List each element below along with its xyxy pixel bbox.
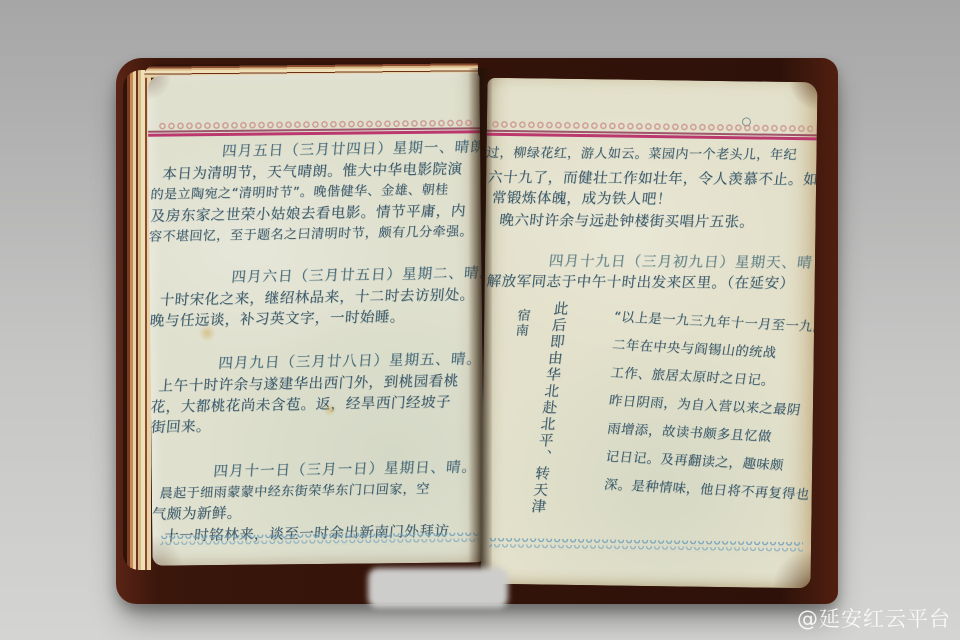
diary-text-line: 晚与任远谈，补习英文字，一时始睡。: [149, 305, 406, 330]
diary-text-line: 气颇为新鲜。: [151, 501, 243, 524]
watermark-text: @延安红云平台: [797, 603, 951, 633]
paper-stain: [198, 325, 216, 341]
background-gap: [368, 568, 508, 608]
diary-photo: 四月五日（三月廿四日）星期一、晴朗 本日为清明节，天气晴朗。惟大中华电影院演 的…: [0, 0, 960, 640]
diary-text-line: 晨起于细雨蒙蒙中经东街荣华东门口回家，空: [159, 478, 431, 502]
right-page: 过，柳绿花红，游人如云。菜园内一个老头儿，年纪 六十九了，而健壮工作如壮年，令人…: [480, 78, 817, 589]
footer-wave-rule: [160, 532, 478, 548]
header-rule: [487, 133, 817, 141]
diary-text-line: 常锻炼体魄，成为铁人吧！: [491, 186, 673, 208]
book-spine-gutter: [468, 68, 492, 582]
diary-text-line: 街回来。: [150, 415, 212, 437]
diary-text-line: 晚六时许余与远赴钟楼街买唱片五张。: [498, 209, 756, 232]
margin-note: 宿南: [507, 308, 533, 368]
diary-entry-heading: 四月十九日（三月初九日）星期天、晴: [548, 250, 814, 273]
page-edge-stack-left: [123, 70, 151, 570]
closing-note-line: 深。是种情味，他日将不再复得也！: [603, 474, 808, 503]
diary-text-line: 的是立陶宛之“清明时节”。晚偕健华、金雄、朝桂: [150, 179, 450, 203]
closing-note-line: 工作、旅居太原时之日记。: [609, 362, 814, 391]
open-notebook: 四月五日（三月廿四日）星期一、晴朗 本日为清明节，天气晴朗。惟大中华电影院演 的…: [116, 58, 838, 604]
diary-entry-heading: 四月十一日（三月一日）星期日、晴。: [213, 455, 478, 481]
closing-note-line: 二年在中央与阎锡山的统战: [611, 334, 816, 363]
closing-note-line: 雨增添，故读书颇多且忆做: [606, 418, 811, 447]
closing-note-line: 记日记。及再翻读之，趣味颇: [605, 446, 810, 475]
closing-note-line: 昨日阴雨，为自入营以来之最阴: [608, 390, 813, 419]
paper-stain: [323, 404, 337, 416]
closing-note-line: “以上是一九三九年十一月至一九四: [613, 306, 818, 335]
diary-text-line: 花，大都桃花尚未含苞。返，经旱西门经坡子: [150, 391, 452, 417]
closing-note: “以上是一九三九年十一月至一九四 二年在中央与阎锡山的统战 工作、旅居太原时之日…: [603, 305, 816, 512]
diary-text-line: 六十九了，而健壮工作如壮年，令人羡慕不止。如: [487, 166, 818, 189]
diary-text-line: 解放军同志于中午十时出发来区里。（在延安）: [485, 270, 795, 293]
left-page: 四月五日（三月廿四日）星期一、晴朗 本日为清明节，天气晴朗。惟大中华电影院演 的…: [147, 72, 484, 565]
diary-text-line: 过，柳绿花红，游人如云。菜园内一个老头儿，年纪: [485, 142, 798, 163]
